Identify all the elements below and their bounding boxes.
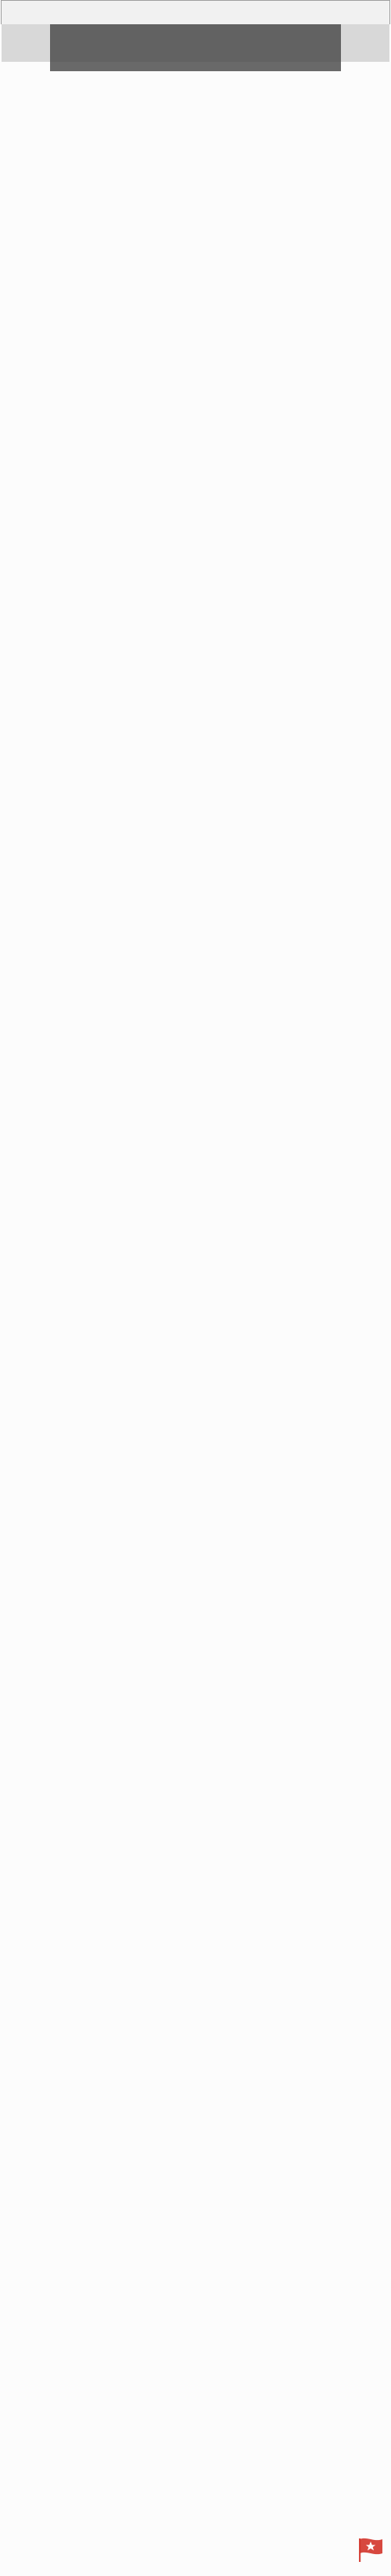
red-star-news-logo	[357, 2535, 388, 2563]
red-flag-star-icon	[357, 2535, 385, 2563]
promo-overlay-banner	[50, 24, 341, 71]
page-title	[1, 0, 390, 24]
page	[0, 0, 391, 2576]
